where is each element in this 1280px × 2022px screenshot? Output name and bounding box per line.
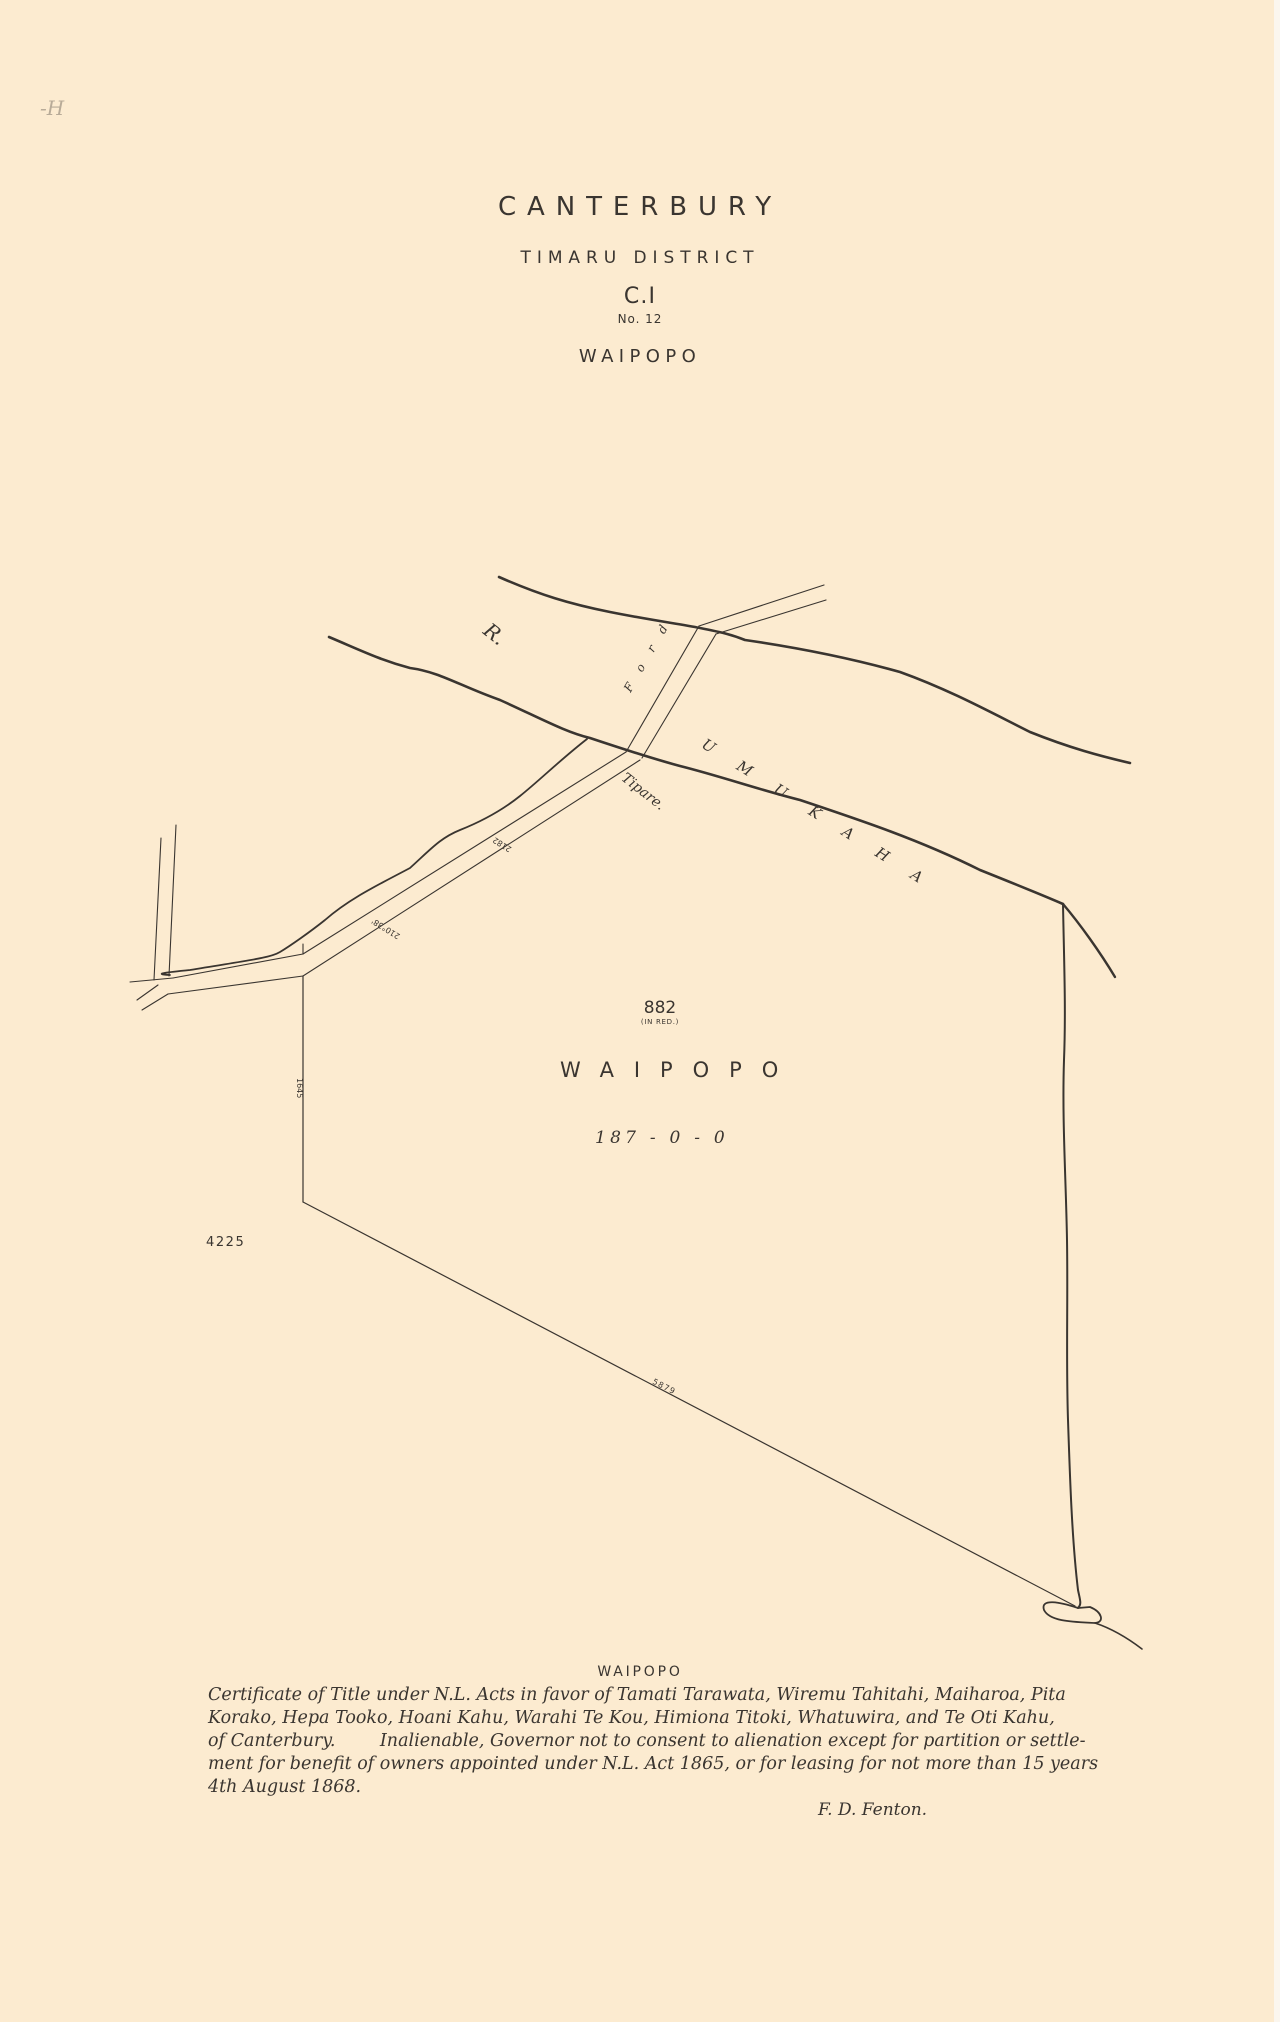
certificate-text: Certificate of Title under N.L. Acts in … <box>208 1684 1138 1799</box>
caption-line: Certificate of Title under N.L. Acts in … <box>208 1684 1138 1707</box>
road-sw-upper <box>303 752 626 954</box>
parcel-south-boundary <box>303 1202 1075 1606</box>
caption-line: Korako, Hepa Tooko, Hoani Kahu, Warahi T… <box>208 1707 1138 1730</box>
lagoon-outline <box>1043 1602 1101 1623</box>
road-ne-2 <box>716 600 826 634</box>
stream-bank <box>162 739 587 975</box>
river-south-bank-east <box>1063 904 1115 977</box>
road-west-branch-1 <box>137 985 158 1000</box>
west-line-label: 1645 <box>295 1078 304 1098</box>
parcel-area: 187 - 0 - 0 <box>595 1128 729 1148</box>
road-west-upper-2 <box>130 978 173 982</box>
river-north-bank <box>499 577 1130 763</box>
caption-line: of Canterbury. Inalienable, Governor not… <box>208 1730 1138 1753</box>
west-vertical-2 <box>169 825 176 976</box>
west-vertical-1 <box>154 838 161 980</box>
signature: F. D. Fenton. <box>818 1800 927 1820</box>
ford-road-west <box>626 626 699 752</box>
road-west-branch-2 <box>142 994 168 1010</box>
parcel-number: 882 <box>620 998 700 1018</box>
caption-line: ment for benefit of owners appointed und… <box>208 1753 1138 1776</box>
parcel-number-note: (IN RED.) <box>620 1018 700 1026</box>
caption-line: 4th August 1868. <box>208 1776 1138 1799</box>
parcel-east-boundary <box>1063 904 1080 1608</box>
coastline <box>1095 1623 1142 1649</box>
caption-title: WAIPOPO <box>0 1664 1280 1680</box>
road-west-lower <box>168 976 303 994</box>
road-west-upper <box>173 954 303 978</box>
adjacent-parcel-label: 4225 <box>206 1235 245 1250</box>
river-south-bank <box>329 637 1063 904</box>
parcel-name: WAIPOPO <box>560 1058 798 1082</box>
road-sw-lower <box>303 760 640 976</box>
